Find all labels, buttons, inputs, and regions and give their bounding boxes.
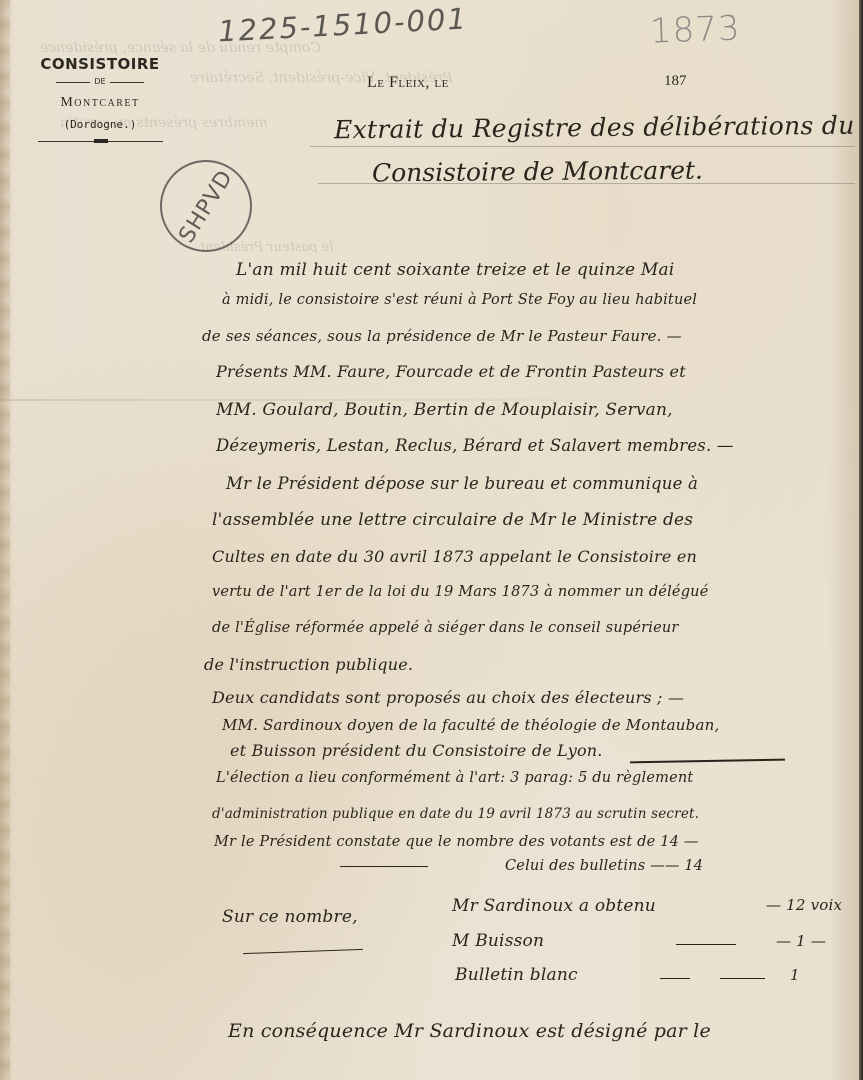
body-line: MM. Sardinoux doyen de la faculté de thé… <box>222 716 719 734</box>
vote-count: 1 <box>790 966 800 984</box>
leader-dash <box>676 944 736 945</box>
letterhead-title: CONSISTOIRE <box>30 54 170 74</box>
vote-count: — 12 voix <box>766 896 842 914</box>
body-line: Celui des bulletins —— 14 <box>505 858 703 874</box>
vote-candidate: Mr Sardinoux a obtenu <box>452 896 656 916</box>
body-line: MM. Goulard, Boutin, Bertin de Mouplaisi… <box>216 400 673 420</box>
vote-intro: Sur ce nombre, <box>222 907 358 927</box>
letterhead-de: DE <box>94 76 105 88</box>
place-date-label: Le Fleix, le <box>367 74 449 92</box>
pencil-year-note: 1873 <box>649 8 741 51</box>
body-line: Deux candidats sont proposés au choix de… <box>212 688 684 707</box>
guide-line <box>310 146 855 147</box>
body-line: Cultes en date du 30 avril 1873 appelant… <box>212 547 697 566</box>
separator-stroke <box>243 949 363 954</box>
body-line: Dézeymeris, Lestan, Reclus, Bérard et Sa… <box>216 436 734 455</box>
letterhead-connector: DE <box>30 76 170 88</box>
paper-edge-stain <box>0 0 10 1080</box>
letterhead-ornament-rule <box>38 141 163 142</box>
separator-stroke <box>340 866 428 867</box>
body-line: et Buisson président du Consistoire de L… <box>230 741 603 760</box>
printed-year-prefix: 187 <box>664 73 687 90</box>
body-line: vertu de l'art 1er de la loi du 19 Mars … <box>212 584 709 600</box>
body-line: à midi, le consistoire s'est réuni à Por… <box>222 292 697 308</box>
body-line: Mr le Président dépose sur le bureau et … <box>226 474 698 493</box>
vote-candidate: Bulletin blanc <box>455 965 578 985</box>
closing-line: En conséquence Mr Sardinoux est désigné … <box>228 1020 711 1042</box>
body-line: de ses séances, sous la présidence de Mr… <box>202 327 682 345</box>
body-line: d'administration publique en date du 19 … <box>212 806 699 822</box>
body-line: de l'Église réformée appelé à siéger dan… <box>212 620 679 636</box>
document-heading-line2: Consistoire de Montcaret. <box>372 156 703 188</box>
archive-reference-number: 1225-1510-001 <box>217 1 468 48</box>
letterhead-town: Montcaret <box>30 94 170 112</box>
leader-dash <box>660 978 690 979</box>
document-page: Compte rendu de la séance, présidence Pr… <box>0 0 863 1080</box>
body-line: l'assemblée une lettre circulaire de Mr … <box>212 510 693 530</box>
ink-flourish-line <box>630 759 785 763</box>
body-line: de l'instruction publique. <box>204 655 413 674</box>
archive-stamp: SHPVD <box>160 160 252 252</box>
vote-candidate: M Buisson <box>452 931 544 951</box>
body-line: Mr le Président constate que le nombre d… <box>214 834 699 850</box>
decorative-rule <box>110 82 144 83</box>
letterhead-department: (Dordogne.) <box>30 117 170 133</box>
body-line: L'an mil huit cent soixante treize et le… <box>236 260 674 280</box>
document-heading-line1: Extrait du Registre des délibérations du <box>334 111 855 145</box>
page-edge-shadow <box>859 0 863 1080</box>
leader-dash <box>720 978 765 979</box>
stamp-text: SHPVD <box>174 165 238 247</box>
vote-count: — 1 — <box>776 932 826 950</box>
body-line: L'élection a lieu conformément à l'art: … <box>216 770 693 786</box>
body-line: Présents MM. Faure, Fourcade et de Front… <box>216 362 686 381</box>
letterhead: CONSISTOIRE DE Montcaret (Dordogne.) <box>30 54 170 142</box>
decorative-rule <box>56 82 90 83</box>
